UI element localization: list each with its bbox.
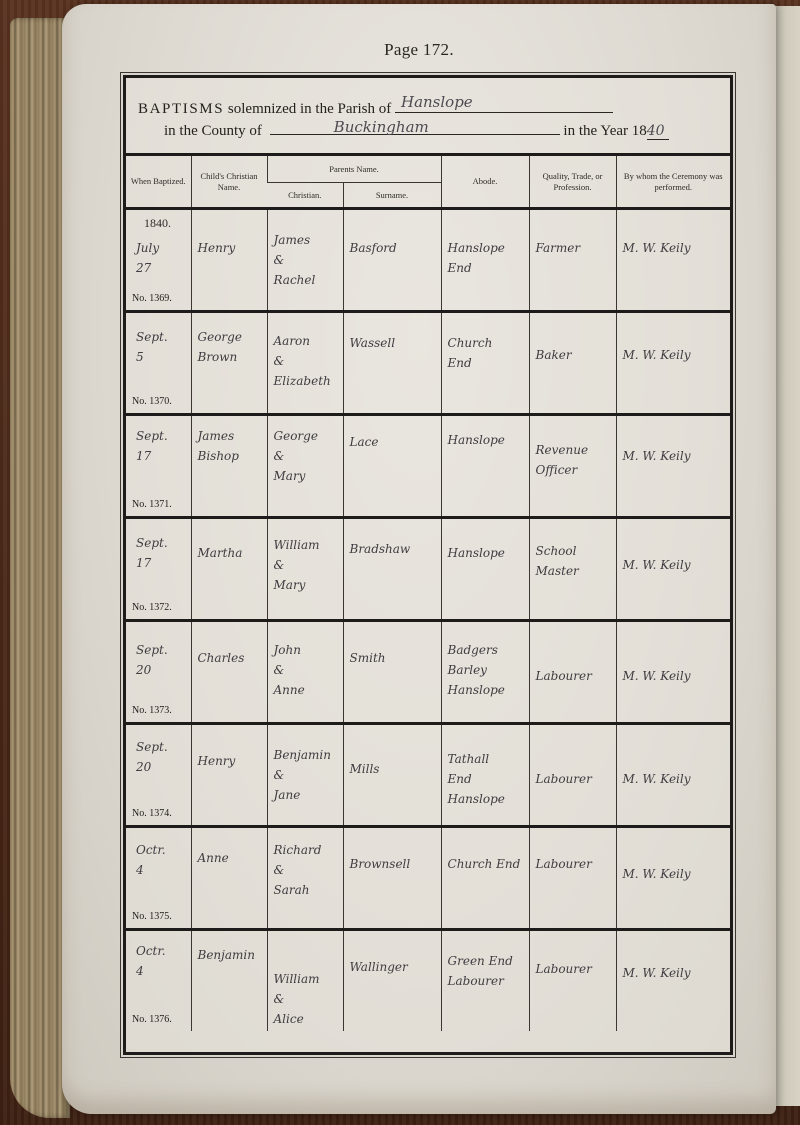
abode: Tathall End Hanslope	[448, 749, 525, 809]
cell-child-name: Anne	[191, 827, 267, 930]
profession: Labourer	[536, 666, 612, 686]
cell-abode: Church End	[441, 312, 529, 415]
cell-abode: Church End	[441, 827, 529, 930]
book-page-edges	[10, 18, 70, 1118]
parents-christian: John & Anne	[274, 640, 339, 700]
cell-profession: Labourer	[529, 930, 616, 1032]
baptism-register-frame: BAPTISMS solemnized in the Parish of Han…	[123, 75, 733, 1055]
cell-parents-christian: Benjamin & Jane	[267, 724, 343, 827]
cell-abode: Green End Labourer	[441, 930, 529, 1032]
cell-parents-christian: John & Anne	[267, 621, 343, 724]
table-row: 1840. July 27 No. 1369. Henry James & Ra…	[126, 209, 730, 312]
child-name: Henry	[198, 238, 263, 258]
abode: Church End	[448, 854, 525, 874]
cell-minister: M. W. Keily	[616, 621, 730, 724]
parents-christian: George & Mary	[274, 426, 339, 486]
child-name: Charles	[198, 648, 263, 668]
cell-minister: M. W. Keily	[616, 209, 730, 312]
cell-minister: M. W. Keily	[616, 518, 730, 621]
entry-date: Sept. 20	[136, 737, 168, 777]
entry-date: Octr. 4	[136, 941, 166, 981]
cell-parents-christian: George & Mary	[267, 415, 343, 518]
cell-child-name: James Bishop	[191, 415, 267, 518]
abode: Hanslope	[448, 430, 525, 450]
parents-surname: Lace	[350, 432, 437, 452]
cell-parents-christian: William & Alice	[267, 930, 343, 1032]
cell-surname: Bradshaw	[343, 518, 441, 621]
parents-christian: James & Rachel	[274, 230, 339, 290]
cell-surname: Brownsell	[343, 827, 441, 930]
county-name: Buckingham	[334, 118, 429, 136]
profession: School Master	[536, 541, 612, 581]
minister-signature: M. W. Keily	[623, 864, 727, 884]
entry-date: Sept. 20	[136, 640, 168, 680]
table-row: Sept. 5 No. 1370. George Brown Aaron & E…	[126, 312, 730, 415]
entry-number: No. 1370.	[132, 396, 172, 407]
entry-number: No. 1373.	[132, 705, 172, 716]
abode: Green End Labourer	[448, 951, 525, 991]
minister-signature: M. W. Keily	[623, 666, 727, 686]
register-page: Page 172. BAPTISMS solemnized in the Par…	[62, 4, 776, 1114]
cell-profession: Labourer	[529, 827, 616, 930]
county-prefix: in the County of	[164, 123, 262, 139]
child-name: Martha	[198, 543, 263, 563]
cell-parents-christian: Aaron & Elizabeth	[267, 312, 343, 415]
register-title-block: BAPTISMS solemnized in the Parish of Han…	[126, 78, 730, 156]
header-abode: Abode.	[441, 156, 529, 209]
header-performed-by: By whom the Ceremony was performed.	[616, 156, 730, 209]
profession: Revenue Officer	[536, 440, 612, 480]
minister-signature: M. W. Keily	[623, 963, 727, 983]
child-name: George Brown	[198, 327, 263, 367]
table-row: Octr. 4 No. 1376. Benjamin William & Ali…	[126, 930, 730, 1032]
table-row: Sept. 20 No. 1373. Charles John & Anne S…	[126, 621, 730, 724]
header-when-baptized: When Baptized.	[126, 156, 191, 209]
entry-date: Sept. 17	[136, 426, 168, 466]
cell-minister: M. W. Keily	[616, 312, 730, 415]
cell-when-baptized: Sept. 17 No. 1371.	[126, 415, 191, 518]
minister-signature: M. W. Keily	[623, 769, 727, 789]
parents-surname: Brownsell	[350, 854, 437, 874]
profession: Baker	[536, 345, 612, 365]
cell-abode: Hanslope	[441, 415, 529, 518]
title-solemnized-text: solemnized in the Parish of	[228, 101, 391, 117]
cell-surname: Mills	[343, 724, 441, 827]
minister-signature: M. W. Keily	[623, 446, 727, 466]
child-name: Anne	[198, 848, 263, 868]
table-row: Sept. 17 No. 1371. James Bishop George &…	[126, 415, 730, 518]
child-name: James Bishop	[198, 426, 263, 466]
minister-signature: M. W. Keily	[623, 555, 727, 575]
table-row: Sept. 20 No. 1374. Henry Benjamin & Jane…	[126, 724, 730, 827]
cell-when-baptized: Sept. 5 No. 1370.	[126, 312, 191, 415]
title-line-parish: BAPTISMS solemnized in the Parish of Han…	[138, 96, 613, 118]
cell-abode: Tathall End Hanslope	[441, 724, 529, 827]
cell-child-name: Charles	[191, 621, 267, 724]
year-prefix: in the Year 18	[563, 123, 646, 139]
title-baptisms: BAPTISMS	[138, 101, 224, 117]
header-childs-name: Child's Christian Name.	[191, 156, 267, 209]
cell-when-baptized: Sept. 17 No. 1372.	[126, 518, 191, 621]
cell-minister: M. W. Keily	[616, 827, 730, 930]
parents-christian: Richard & Sarah	[274, 840, 339, 900]
abode: Hanslope End	[448, 238, 525, 278]
cell-profession: Labourer	[529, 621, 616, 724]
cell-parents-christian: Richard & Sarah	[267, 827, 343, 930]
header-parents-christian: Christian.	[267, 183, 343, 209]
entry-number: No. 1369.	[132, 293, 172, 304]
entry-date: Sept. 17	[136, 533, 168, 573]
cell-child-name: Benjamin	[191, 930, 267, 1032]
cell-when-baptized: Sept. 20 No. 1374.	[126, 724, 191, 827]
table-row: Octr. 4 No. 1375. Anne Richard & Sarah B…	[126, 827, 730, 930]
abode: Church End	[448, 333, 525, 373]
entry-number: No. 1371.	[132, 499, 172, 510]
parish-name: Hanslope	[401, 93, 473, 111]
table-row: Sept. 17 No. 1372. Martha William & Mary…	[126, 518, 730, 621]
entry-date: Octr. 4	[136, 840, 166, 880]
entry-number: No. 1372.	[132, 602, 172, 613]
year-suffix: 40	[647, 123, 669, 140]
minister-signature: M. W. Keily	[623, 345, 727, 365]
entry-date: Sept. 5	[136, 327, 168, 367]
header-quality: Quality, Trade, or Profession.	[529, 156, 616, 209]
page-number: Page 172.	[62, 40, 776, 60]
county-fill-line: Buckingham	[270, 118, 560, 135]
header-parents-surname: Surname.	[343, 183, 441, 209]
parents-christian: Aaron & Elizabeth	[274, 331, 339, 391]
cell-child-name: Martha	[191, 518, 267, 621]
cell-surname: Smith	[343, 621, 441, 724]
profession: Labourer	[536, 854, 612, 874]
abode: Hanslope	[448, 543, 525, 563]
minister-signature: M. W. Keily	[623, 238, 727, 258]
cell-when-baptized: Sept. 20 No. 1373.	[126, 621, 191, 724]
cell-child-name: Henry	[191, 724, 267, 827]
cell-surname: Wassell	[343, 312, 441, 415]
parents-christian: William & Mary	[274, 535, 339, 595]
abode: Badgers Barley Hanslope	[448, 640, 525, 700]
parents-surname: Wassell	[350, 333, 437, 353]
parents-surname: Bradshaw	[350, 539, 437, 559]
cell-abode: Hanslope End	[441, 209, 529, 312]
entry-date: July 27	[136, 238, 159, 278]
cell-abode: Badgers Barley Hanslope	[441, 621, 529, 724]
cell-minister: M. W. Keily	[616, 930, 730, 1032]
cell-profession: Labourer	[529, 724, 616, 827]
parents-surname: Smith	[350, 648, 437, 668]
cell-child-name: Henry	[191, 209, 267, 312]
entry-year: 1840.	[144, 216, 171, 231]
entry-number: No. 1375.	[132, 911, 172, 922]
cell-profession: Revenue Officer	[529, 415, 616, 518]
cell-profession: Baker	[529, 312, 616, 415]
parish-fill-line: Hanslope	[395, 96, 613, 113]
header-parents-name: Parents Name.	[267, 156, 441, 183]
child-name: Henry	[198, 751, 263, 771]
cell-when-baptized: 1840. July 27 No. 1369.	[126, 209, 191, 312]
parents-surname: Basford	[350, 238, 437, 258]
profession: Labourer	[536, 959, 612, 979]
cell-profession: Farmer	[529, 209, 616, 312]
cell-minister: M. W. Keily	[616, 415, 730, 518]
cell-when-baptized: Octr. 4 No. 1376.	[126, 930, 191, 1032]
table-header-row: When Baptized. Child's Christian Name. P…	[126, 156, 730, 183]
parents-christian: William & Alice	[274, 969, 339, 1029]
cell-surname: Wallinger	[343, 930, 441, 1032]
cell-profession: School Master	[529, 518, 616, 621]
cell-parents-christian: James & Rachel	[267, 209, 343, 312]
baptism-register-table: When Baptized. Child's Christian Name. P…	[126, 156, 730, 1031]
cell-surname: Lace	[343, 415, 441, 518]
cell-parents-christian: William & Mary	[267, 518, 343, 621]
child-name: Benjamin	[198, 945, 263, 965]
profession: Farmer	[536, 238, 612, 258]
cell-surname: Basford	[343, 209, 441, 312]
cell-when-baptized: Octr. 4 No. 1375.	[126, 827, 191, 930]
entry-number: No. 1376.	[132, 1014, 172, 1025]
cell-minister: M. W. Keily	[616, 724, 730, 827]
entry-number: No. 1374.	[132, 808, 172, 819]
cell-child-name: George Brown	[191, 312, 267, 415]
title-line-county: in the County of Buckingham in the Year …	[164, 118, 669, 140]
parents-surname: Wallinger	[350, 957, 437, 977]
parents-christian: Benjamin & Jane	[274, 745, 339, 805]
profession: Labourer	[536, 769, 612, 789]
parents-surname: Mills	[350, 759, 437, 779]
cell-abode: Hanslope	[441, 518, 529, 621]
